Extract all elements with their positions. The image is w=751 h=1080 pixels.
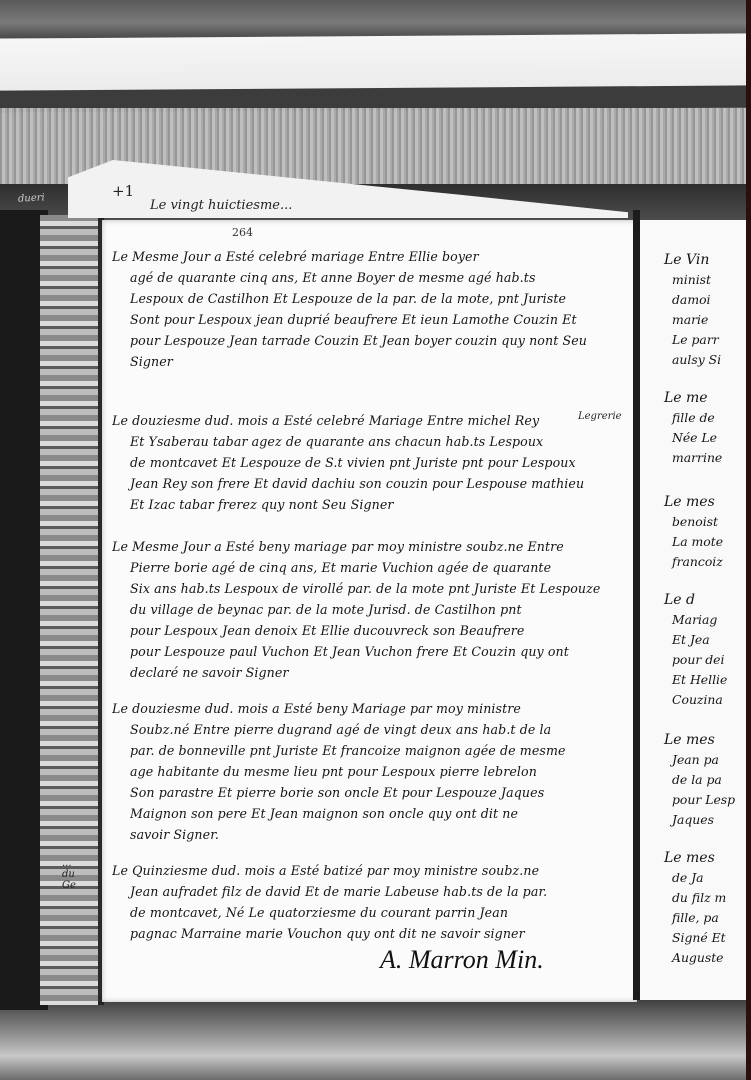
entry-line: Soubz.né Entre pierre dugrand agé de vin… [112, 719, 630, 740]
entry-line: Lespoux de Castilhon Et Lespouze de la p… [112, 288, 630, 309]
entry-line: agé de quarante cinq ans, Et anne Boyer … [112, 267, 630, 288]
entry-line: Le Mesme Jour a Esté celebré mariage Ent… [112, 246, 630, 267]
edge-note: dueri [18, 192, 45, 204]
entry-line: pour Lespoux Jean denoix Et Ellie ducouv… [112, 620, 630, 641]
entry-line: pagnac Marraine marie Vouchon quy ont di… [112, 923, 630, 944]
entry-line: Jean Rey son frere Et david dachiu son c… [112, 473, 630, 494]
entry-line: Le douziesme dud. mois a Esté celebré Ma… [112, 410, 630, 431]
register-entry-4: Le douziesme dud. mois a Esté beny Maria… [112, 698, 630, 845]
left-page: 264 Le Mesme Jour a Esté celebré mariage… [98, 220, 637, 1002]
entry-line: Et Ysaberau tabar agez de quarante ans c… [112, 431, 630, 452]
right-entry-3: Le mes benoist La mote francoiz [640, 492, 746, 572]
entry-line: pour Lespouze Jean tarrade Couzin Et Jea… [112, 330, 630, 351]
entry-line: Sont pour Lespoux jean duprié beaufrere … [112, 309, 630, 330]
entry-line: Le Mesme Jour a Esté beny mariage par mo… [112, 536, 630, 557]
entry-line: Et Izac tabar frerez quy nont Seu Signer [112, 494, 630, 515]
right-entry-4: Le d Mariag Et Jea pour dei Et Hellie Co… [640, 590, 746, 710]
right-entry-2: Le me fille de Née Le marrine [640, 388, 746, 468]
minister-signature: A. Marron Min. [380, 945, 544, 975]
background-bottom-surface [0, 1000, 751, 1080]
page-gutter [633, 210, 640, 1000]
scanned-register-image: +1 Le vingt huictiesme... dueri ... du G… [0, 0, 751, 1080]
bottom-edge-note: ... du Ge [62, 858, 92, 891]
entry-line: savoir Signer. [112, 824, 630, 845]
right-entry-1: Le Vin minist damoi marie Le parr aulsy … [640, 250, 746, 370]
right-entry-6: Le mes de Ja du filz m fille, pa Signé E… [640, 848, 746, 968]
register-entry-1: Le Mesme Jour a Esté celebré mariage Ent… [112, 246, 630, 372]
register-entry-5: Le Quinziesme dud. mois a Esté batizé pa… [112, 860, 630, 944]
top-mark: +1 [112, 182, 134, 200]
register-entry-2: Le douziesme dud. mois a Esté celebré Ma… [112, 410, 630, 515]
background-table-edge [0, 0, 751, 38]
folio-number: 264 [232, 226, 253, 239]
entry-line: Maignon son pere Et Jean maignon son onc… [112, 803, 630, 824]
header-note: Le vingt huictiesme... [150, 198, 292, 213]
entry-line: Pierre borie agé de cinq ans, Et marie V… [112, 557, 630, 578]
right-page-partial: Le Vin minist damoi marie Le parr aulsy … [640, 220, 746, 1000]
entry-line: Signer [112, 351, 630, 372]
entry-line: age habitante du mesme lieu pnt pour Les… [112, 761, 630, 782]
margin-note: Legrerie [578, 411, 622, 422]
entry-line: Six ans hab.ts Lespoux de virollé par. d… [112, 578, 630, 599]
register-entry-3: Le Mesme Jour a Esté beny mariage par mo… [112, 536, 630, 683]
entry-line: du village de beynac par. de la mote Jur… [112, 599, 630, 620]
entry-line: Jean aufradet filz de david Et de marie … [112, 881, 630, 902]
entry-line: de montcavet, Né Le quatorziesme du cour… [112, 902, 630, 923]
entry-line: de montcavet Et Lespouze de S.t vivien p… [112, 452, 630, 473]
entry-line: par. de bonneville pnt Juriste Et franco… [112, 740, 630, 761]
entry-line: Le douziesme dud. mois a Esté beny Maria… [112, 698, 630, 719]
entry-line: declaré ne savoir Signer [112, 662, 630, 683]
right-entry-5: Le mes Jean pa de la pa pour Lesp Jaques [640, 730, 746, 830]
entry-line: pour Lespouze paul Vuchon Et Jean Vuchon… [112, 641, 630, 662]
entry-line: Son parastre Et pierre borie son oncle E… [112, 782, 630, 803]
image-right-border [746, 0, 751, 1080]
entry-line: Le Quinziesme dud. mois a Esté batizé pa… [112, 860, 630, 881]
